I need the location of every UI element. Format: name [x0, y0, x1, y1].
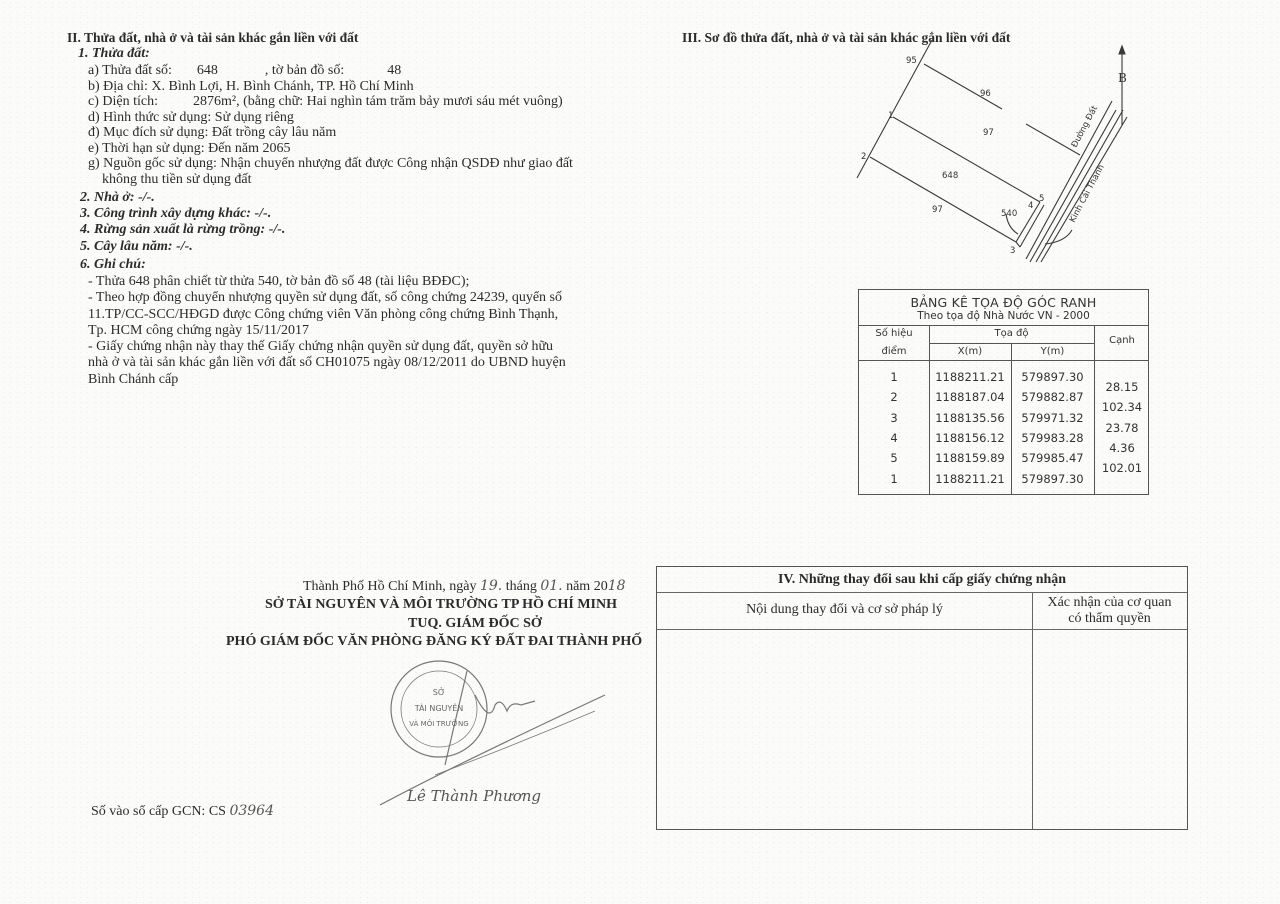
- coord-cell-edge: 23.78: [1094, 421, 1150, 435]
- notes-heading: 6. Ghi chú:: [80, 257, 146, 273]
- coord-cell-x: 1188159.89: [929, 451, 1011, 465]
- date-month-label: tháng: [506, 579, 537, 594]
- coord-cell-point: 1: [859, 472, 929, 486]
- signer-title: PHÓ GIÁM ĐỐC VĂN PHÒNG ĐĂNG KÝ ĐẤT ĐAI T…: [226, 634, 642, 650]
- changes-col-confirm: Xác nhận của cơ quan: [1032, 595, 1187, 611]
- col-coord-header: Tọa độ: [929, 328, 1094, 339]
- note-line: 11.TP/CC-SCC/HĐGD được Công chứng viên V…: [88, 307, 566, 323]
- changes-col-content: Nội dung thay đổi và cơ sở pháp lý: [657, 602, 1032, 618]
- coord-cell-edge: 4.36: [1094, 441, 1150, 455]
- note-line: nhà ở và tài sản khác gắn liền với đất s…: [88, 355, 566, 371]
- coord-cell-edge: 28.15: [1094, 380, 1150, 394]
- coord-cell-y: 579985.47: [1011, 451, 1094, 465]
- issue-date: Thành Phố Hồ Chí Minh, ngày 19. tháng 01…: [303, 578, 626, 595]
- parcel-heading: 1. Thửa đất:: [78, 46, 150, 62]
- registry-label: Số vào sổ cấp GCN: CS: [91, 804, 226, 819]
- area-label: c) Diện tích:: [88, 94, 158, 109]
- coord-cell-y: 579897.30: [1011, 370, 1094, 384]
- diagram-point-5: 5: [1039, 194, 1044, 204]
- diagram-point-3: 3: [1010, 246, 1015, 256]
- changes-col-confirm-2: có thẩm quyền: [1032, 611, 1187, 627]
- coord-cell-edge: 102.01: [1094, 461, 1150, 475]
- col-point-header-2: điểm: [859, 346, 929, 357]
- coord-cell-y: 579971.32: [1011, 411, 1094, 425]
- coord-cell-x: 1188187.04: [929, 390, 1011, 404]
- map-sheet-label: , tờ bản đồ số:: [265, 63, 344, 78]
- coord-cell-x: 1188156.12: [929, 431, 1011, 445]
- coord-cell-y: 579983.28: [1011, 431, 1094, 445]
- coord-cell-point: 5: [859, 451, 929, 465]
- col-edge-header: Cạnh: [1094, 335, 1150, 346]
- usage-purpose: đ) Mục đích sử dụng: Đất trồng cây lâu n…: [88, 125, 336, 141]
- coord-cell-point: 2: [859, 390, 929, 404]
- section-2-heading: II. Thửa đất, nhà ở và tài sản khác gắn …: [67, 30, 358, 46]
- forest-item: 4. Rừng sản xuất là rừng trồng: -/-.: [80, 222, 285, 238]
- note-line: - Thửa 648 phân chiết từ thửa 540, tờ bả…: [88, 274, 566, 290]
- usage-origin-cont: không thu tiền sử dụng đất: [102, 172, 252, 188]
- parcel-number-row: a) Thửa đất số: 648 , tờ bản đồ số: 48: [88, 63, 401, 79]
- map-sheet-number: 48: [387, 63, 401, 78]
- perennial-item: 5. Cây lâu năm: -/-.: [80, 239, 193, 255]
- north-label: B: [1118, 71, 1127, 85]
- date-prefix: Thành Phố Hồ Chí Minh, ngày: [303, 579, 476, 594]
- changes-table: IV. Những thay đổi sau khi cấp giấy chứn…: [656, 566, 1188, 830]
- coord-table-subtitle: Theo tọa độ Nhà Nước VN - 2000: [859, 310, 1148, 322]
- date-day: 19.: [480, 578, 502, 594]
- diagram-label-95: 95: [906, 56, 917, 66]
- diagram-point-4: 4: [1028, 201, 1033, 211]
- diagram-label-540: 540: [1001, 209, 1017, 219]
- diagram-label-648: 648: [942, 171, 958, 181]
- note-line: Tp. HCM công chứng ngày 15/11/2017: [88, 323, 566, 339]
- coord-cell-point: 3: [859, 411, 929, 425]
- note-line: - Theo hợp đồng chuyển nhượng quyền sử d…: [88, 290, 566, 306]
- coord-cell-x: 1188135.56: [929, 411, 1011, 425]
- address: b) Địa chỉ: X. Bình Lợi, H. Bình Chánh, …: [88, 79, 414, 95]
- road-label: Đường Đất: [1069, 103, 1101, 149]
- stamp-line-2: TÀI NGUYÊN: [414, 702, 464, 713]
- diagram-label-96: 96: [980, 89, 991, 99]
- diagram-label-97: 97: [983, 128, 994, 138]
- diagram-label-97b: 97: [932, 205, 943, 215]
- diagram-point-2: 2: [861, 152, 866, 162]
- note-line: Bình Chánh cấp: [88, 372, 566, 388]
- usage-form: d) Hình thức sử dụng: Sử dụng riêng: [88, 110, 294, 126]
- coord-cell-y: 579882.87: [1011, 390, 1094, 404]
- coord-table-title: BẢNG KÊ TỌA ĐỘ GÓC RANH: [859, 295, 1148, 310]
- col-y-header: Y(m): [1011, 346, 1094, 357]
- signer-name: Lê Thành Phương: [407, 787, 541, 805]
- col-x-header: X(m): [929, 346, 1011, 357]
- col-point-header: Số hiệu: [859, 328, 929, 339]
- parcel-number-label: a) Thửa đất số:: [88, 63, 172, 78]
- notes-list: - Thửa 648 phân chiết từ thửa 540, tờ bả…: [88, 274, 566, 388]
- coord-cell-edge: 102.34: [1094, 400, 1150, 414]
- date-year: 18: [608, 578, 626, 594]
- area-value: 2876m², (bằng chữ: Hai nghìn tám trăm bả…: [193, 94, 563, 109]
- construction-item: 3. Công trình xây dựng khác: -/-.: [80, 206, 271, 222]
- on-behalf-of: TUQ. GIÁM ĐỐC SỞ: [408, 616, 542, 632]
- coordinate-table: BẢNG KÊ TỌA ĐỘ GÓC RANH Theo tọa độ Nhà …: [858, 289, 1149, 495]
- parcel-number: 648: [197, 63, 218, 78]
- coord-cell-point: 1: [859, 370, 929, 384]
- note-line: - Giấy chứng nhận này thay thế Giấy chứn…: [88, 339, 566, 355]
- changes-heading: IV. Những thay đổi sau khi cấp giấy chứn…: [657, 572, 1187, 588]
- date-month: 01.: [540, 578, 562, 594]
- coord-cell-point: 4: [859, 431, 929, 445]
- area-row: c) Diện tích: 2876m², (bằng chữ: Hai ngh…: [88, 94, 563, 110]
- stamp-line-1: SỞ: [433, 686, 445, 697]
- stamp-line-3: VÀ MÔI TRƯỜNG: [409, 719, 468, 728]
- coord-cell-x: 1188211.21: [929, 370, 1011, 384]
- parcel-diagram: 95 96 97 648 97 540 1 2 3 4 5 Đường Đất …: [840, 38, 1160, 268]
- diagram-point-1: 1: [888, 111, 893, 121]
- coord-cell-y: 579897.30: [1011, 472, 1094, 486]
- registry-number: Số vào sổ cấp GCN: CS 03964: [91, 803, 274, 820]
- date-year-label: năm 20: [566, 579, 608, 594]
- usage-term: e) Thời hạn sử dụng: Đến năm 2065: [88, 141, 291, 157]
- issuing-org: SỞ TÀI NGUYÊN VÀ MÔI TRƯỜNG TP HỒ CHÍ MI…: [265, 597, 617, 613]
- registry-value: 03964: [229, 803, 274, 819]
- usage-origin: g) Nguồn gốc sử dụng: Nhận chuyển nhượng…: [88, 156, 573, 172]
- coord-cell-x: 1188211.21: [929, 472, 1011, 486]
- house-item: 2. Nhà ở: -/-.: [80, 190, 155, 206]
